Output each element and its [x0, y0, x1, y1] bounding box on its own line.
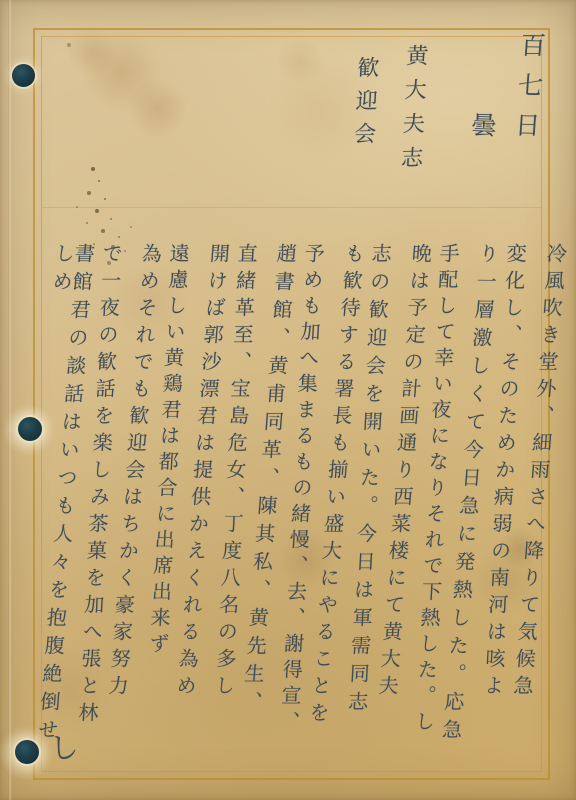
page-border-inner: [41, 36, 542, 772]
binder-hole-middle: [18, 417, 42, 441]
weather-note: 曇: [464, 111, 501, 137]
page-crease: [8, 0, 12, 800]
binder-hole-bottom: [15, 740, 39, 764]
header-event-column: 歓迎会: [346, 56, 382, 156]
ink-speckles: [0, 0, 2, 2]
binder-hole-top: [12, 64, 35, 87]
header-rule-line: [42, 207, 541, 208]
scanned-diary-page: 百七日 曇 黄大夫志 歓迎会 冷風吹き堂外、細雨さへ降りて気候急変化し、そのため…: [0, 0, 576, 800]
trailing-stroke: し: [37, 730, 84, 764]
